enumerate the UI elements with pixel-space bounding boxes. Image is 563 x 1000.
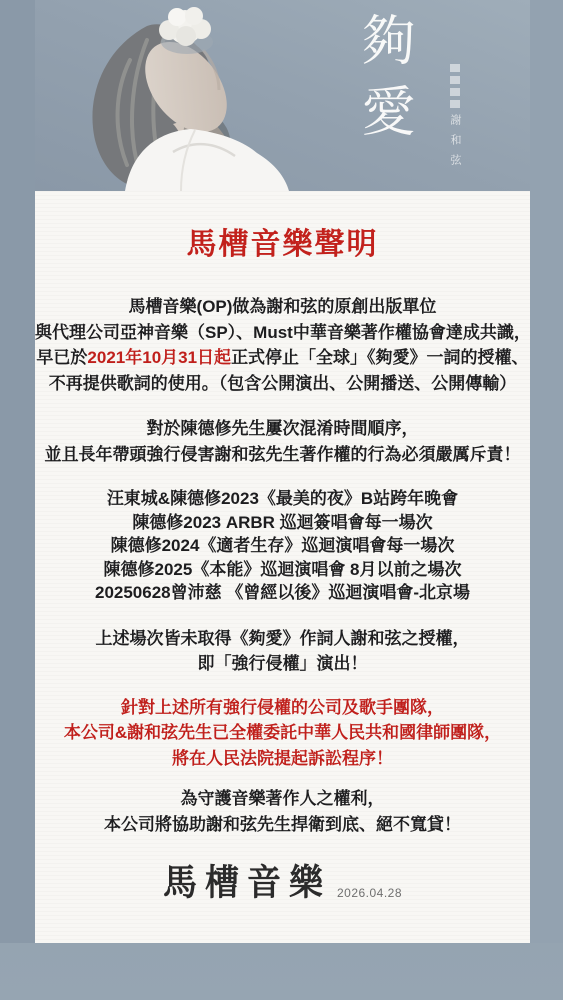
cover-small-seal-marks [450,64,460,110]
event-item: 汪東城&陳德修2023《最美的夜》B站跨年晚會 [35,487,530,511]
statement-line: 對於陳德修先生屢次混淆時間順序， [35,416,530,442]
right-border-strip [530,0,563,943]
left-border-strip [0,0,35,943]
statement-line: 早已於2021年10月31日起正式停止「全球」《夠愛》一詞的授權、 [35,345,530,371]
statement-line: 不再提供歌詞的使用。（包含公開演出、公開播送、公開傳輸） [35,371,530,397]
statement-line: 本公司&謝和弦先生已全權委託中華人民共和國律師團隊， [35,720,530,746]
paragraph-closing: 為守護音樂著作人之權利， 本公司將協助謝和弦先生捍衛到底、絕不寬貸！ [35,786,530,837]
paragraph-license-termination: 馬槽音樂(OP)做為謝和弦的原創出版單位 與代理公司亞神音樂（SP）、Must中… [35,294,530,396]
album-cover-header: 夠愛 謝和弦 [35,0,530,191]
paragraph-condemnation: 對於陳德修先生屢次混淆時間順序， 並且長年帶頭強行侵害謝和弦先生著作權的行為必須… [35,416,530,467]
statement-panel: 馬槽音樂聲明 馬槽音樂(OP)做為謝和弦的原創出版單位 與代理公司亞神音樂（SP… [35,191,530,943]
event-item: 陳德修2025《本能》巡迴演唱會 8月以前之場次 [35,558,530,582]
statement-line: 上述場次皆未取得《夠愛》作詞人謝和弦之授權， [35,626,530,652]
event-item: 陳德修2023 ARBR 巡迴簽唱會每一場次 [35,511,530,535]
statement-title: 馬槽音樂聲明 [35,227,530,263]
event-item: 陳德修2024《適者生存》巡迴演唱會每一場次 [35,534,530,558]
signature-row: 馬槽音樂 2026.04.28 [35,863,530,903]
paragraph-unauthorized: 上述場次皆未取得《夠愛》作詞人謝和弦之授權， 即「強行侵權」演出！ [35,626,530,677]
statement-line: 並且長年帶頭強行侵害謝和弦先生著作權的行為必須嚴厲斥責！ [35,442,530,468]
statement-line: 針對上述所有強行侵權的公司及歌手團隊， [35,695,530,721]
event-item: 20250628曾沛慈 《曾經以後》巡迴演唱會-北京場 [35,581,530,605]
highlight-date: 2021年10月31日起 [87,348,231,367]
cover-artist-name: 謝和弦 [447,114,463,184]
company-seal-signature: 馬槽音樂 [163,862,331,904]
line-prefix: 早已於 [36,348,87,367]
infringing-events-list: 汪東城&陳德修2023《最美的夜》B站跨年晚會 陳德修2023 ARBR 巡迴簽… [35,487,530,605]
statement-date: 2026.04.28 [337,885,402,903]
statement-line: 即「強行侵權」演出！ [35,651,530,677]
statement-line: 馬槽音樂(OP)做為謝和弦的原創出版單位 [35,294,530,320]
line-suffix: 正式停止「全球」《夠愛》一詞的授權、 [231,348,529,367]
cover-title-calligraphy: 夠愛 [357,12,411,187]
statement-line: 本公司將協助謝和弦先生捍衛到底、絕不寬貸！ [35,812,530,838]
statement-line: 將在人民法院提起訴訟程序！ [35,746,530,772]
statement-line: 與代理公司亞神音樂（SP）、Must中華音樂著作權協會達成共識， [35,320,530,346]
paragraph-legal-action: 針對上述所有強行侵權的公司及歌手團隊， 本公司&謝和弦先生已全權委託中華人民共和… [35,695,530,772]
statement-line: 為守護音樂著作人之權利， [35,786,530,812]
